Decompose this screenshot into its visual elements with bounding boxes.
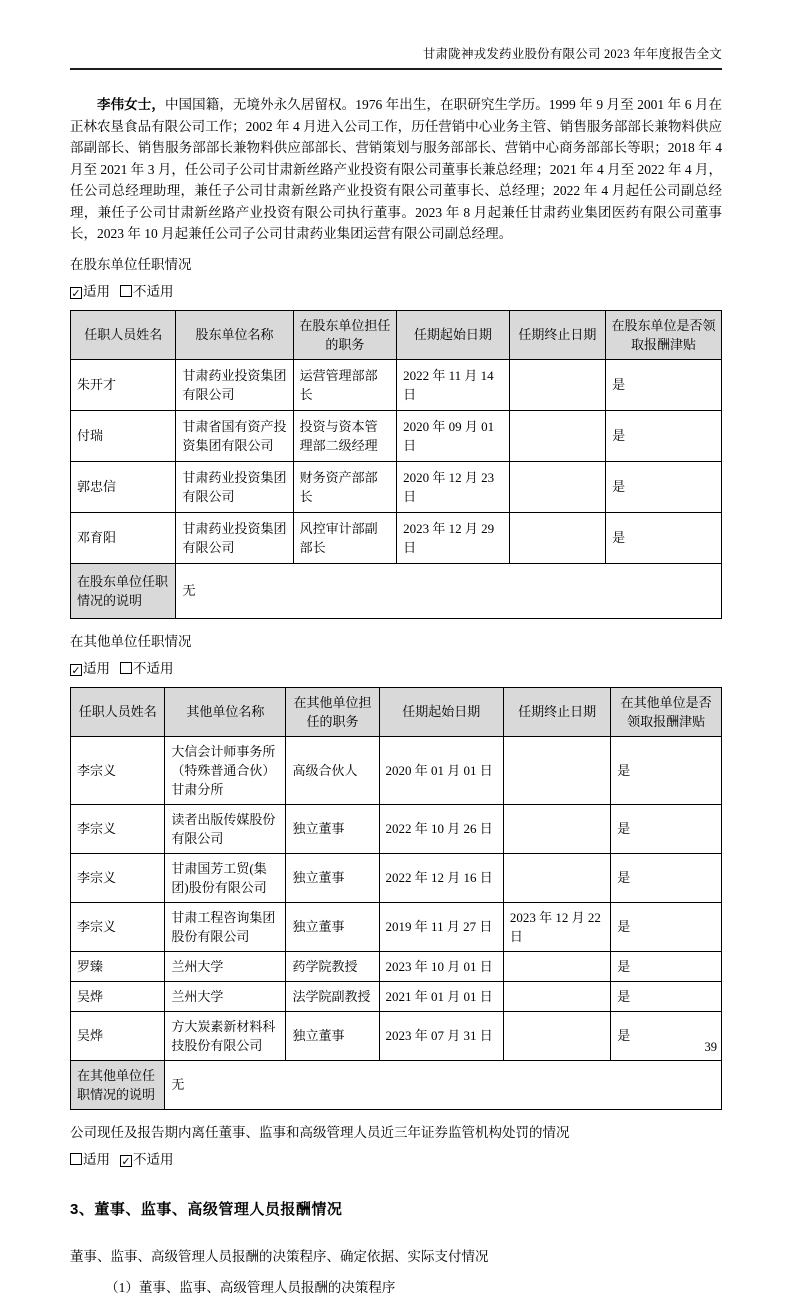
table-cell: 2022 年 10 月 26 日 xyxy=(379,804,503,853)
table-cell xyxy=(509,461,605,512)
table-cell: 方大炭素新材料科技股份有限公司 xyxy=(165,1011,286,1060)
table-cell xyxy=(503,804,610,853)
table-cell: 2023 年 10 月 01 日 xyxy=(379,951,503,981)
shareholder-section-title: 在股东单位任职情况 xyxy=(70,254,722,275)
table-cell: 付瑞 xyxy=(71,410,176,461)
table-cell: 甘肃药业投资集团有限公司 xyxy=(176,461,293,512)
other-section-title: 在其他单位任职情况 xyxy=(70,631,722,652)
table-cell: 独立董事 xyxy=(286,853,379,902)
table-cell: 是 xyxy=(611,804,722,853)
table-cell xyxy=(503,1011,610,1060)
table-cell: 2020 年 12 月 23 日 xyxy=(397,461,510,512)
table-cell xyxy=(503,951,610,981)
table-cell: 罗臻 xyxy=(71,951,165,981)
column-header: 股东单位名称 xyxy=(176,310,293,359)
remuneration-sub-item: （1）董事、监事、高级管理人员报酬的决策程序 xyxy=(70,1276,722,1296)
table-cell: 独立董事 xyxy=(286,902,379,951)
table-cell: 读者出版传媒股份有限公司 xyxy=(165,804,286,853)
table-cell: 财务资产部部长 xyxy=(293,461,397,512)
note-value: 无 xyxy=(165,1060,722,1109)
table-cell: 2023 年 12 月 29 日 xyxy=(397,512,510,563)
table-cell: 是 xyxy=(611,853,722,902)
table-cell: 吴烨 xyxy=(71,1011,165,1060)
table-cell: 运营管理部部长 xyxy=(293,359,397,410)
column-header: 其他单位名称 xyxy=(165,687,286,736)
table-cell: 2023 年 12 月 22 日 xyxy=(503,902,610,951)
table-cell: 2021 年 01 月 01 日 xyxy=(379,981,503,1011)
table-cell: 朱开才 xyxy=(71,359,176,410)
table-cell xyxy=(509,410,605,461)
column-header: 任期起始日期 xyxy=(397,310,510,359)
table-cell xyxy=(503,736,610,804)
other-positions-table: 任职人员姓名其他单位名称在其他单位担任的职务任期起始日期任期终止日期在其他单位是… xyxy=(70,687,722,1110)
table-cell: 2020 年 01 月 01 日 xyxy=(379,736,503,804)
note-row: 在股东单位任职情况的说明 无 xyxy=(71,563,722,618)
table-cell: 是 xyxy=(606,461,722,512)
table-cell xyxy=(503,853,610,902)
table-cell: 甘肃药业投资集团有限公司 xyxy=(176,359,293,410)
table-row: 付瑞甘肃省国有资产投资集团有限公司投资与资本管理部二级经理2020 年 09 月… xyxy=(71,410,722,461)
table-cell: 独立董事 xyxy=(286,804,379,853)
table-cell: 独立董事 xyxy=(286,1011,379,1060)
table-cell: 2023 年 07 月 31 日 xyxy=(379,1011,503,1060)
table-cell: 是 xyxy=(611,902,722,951)
checkbox-unchecked-icon xyxy=(70,1153,82,1165)
table-header-row: 任职人员姓名其他单位名称在其他单位担任的职务任期起始日期任期终止日期在其他单位是… xyxy=(71,687,722,736)
table-cell: 李宗义 xyxy=(71,853,165,902)
table-cell: 甘肃国芳工贸(集团)股份有限公司 xyxy=(165,853,286,902)
column-header: 在其他单位担任的职务 xyxy=(286,687,379,736)
table-cell: 高级合伙人 xyxy=(286,736,379,804)
table-cell: 2022 年 11 月 14 日 xyxy=(397,359,510,410)
table-cell: 李宗义 xyxy=(71,902,165,951)
report-page: 甘肃陇神戎发药业股份有限公司 2023 年年度报告全文 李伟女士，中国国籍，无境… xyxy=(0,0,793,1122)
table-row: 郭忠信甘肃药业投资集团有限公司财务资产部部长2020 年 12 月 23 日是 xyxy=(71,461,722,512)
table-cell: 李宗义 xyxy=(71,804,165,853)
table-row: 李宗义大信会计师事务所（特殊普通合伙）甘肃分所高级合伙人2020 年 01 月 … xyxy=(71,736,722,804)
person-name: 李伟女士， xyxy=(97,97,165,112)
table-cell: 2019 年 11 月 27 日 xyxy=(379,902,503,951)
checkbox-checked-icon: ✓ xyxy=(120,1155,132,1167)
header-rule xyxy=(70,68,722,70)
applicable-label: 适用 xyxy=(83,661,110,676)
table-cell: 吴烨 xyxy=(71,981,165,1011)
table-cell: 药学院教授 xyxy=(286,951,379,981)
table-header-row: 任职人员姓名股东单位名称在股东单位担任的职务任期起始日期任期终止日期在股东单位是… xyxy=(71,310,722,359)
page-number: 39 xyxy=(705,1040,718,1055)
checkbox-checked-icon: ✓ xyxy=(70,287,82,299)
checkbox-checked-icon: ✓ xyxy=(70,664,82,676)
table-cell: 邓育阳 xyxy=(71,512,176,563)
checkbox-unchecked-icon xyxy=(120,662,132,674)
bio-text: 中国国籍，无境外永久居留权。1976 年出生，在职研究生学历。1999 年 9 … xyxy=(70,97,722,241)
table-row: 邓育阳甘肃药业投资集团有限公司风控审计部副部长2023 年 12 月 29 日是 xyxy=(71,512,722,563)
table-cell: 是 xyxy=(611,736,722,804)
penalty-statement: 公司现任及报告期内离任董事、监事和高级管理人员近三年证券监管机构处罚的情况 xyxy=(70,1122,722,1143)
table-row: 吴烨方大炭素新材料科技股份有限公司独立董事2023 年 07 月 31 日是 xyxy=(71,1011,722,1060)
table-cell: 风控审计部副部长 xyxy=(293,512,397,563)
table-cell: 是 xyxy=(611,951,722,981)
shareholder-positions-table: 任职人员姓名股东单位名称在股东单位担任的职务任期起始日期任期终止日期在股东单位是… xyxy=(70,310,722,619)
table-cell: 是 xyxy=(606,512,722,563)
column-header: 任职人员姓名 xyxy=(71,310,176,359)
note-label: 在其他单位任职情况的说明 xyxy=(71,1060,165,1109)
table-cell: 甘肃省国有资产投资集团有限公司 xyxy=(176,410,293,461)
table-cell xyxy=(503,981,610,1011)
column-header: 在股东单位是否领取报酬津贴 xyxy=(606,310,722,359)
not-applicable-label: 不适用 xyxy=(133,661,174,676)
column-header: 在其他单位是否领取报酬津贴 xyxy=(611,687,722,736)
applicable-label: 适用 xyxy=(83,284,110,299)
column-header: 任职人员姓名 xyxy=(71,687,165,736)
penalty-applicability-row: 适用✓不适用 xyxy=(70,1149,722,1170)
column-header: 任期终止日期 xyxy=(509,310,605,359)
table-cell xyxy=(509,512,605,563)
document-header-title: 甘肃陇神戎发药业股份有限公司 2023 年年度报告全文 xyxy=(70,44,722,62)
table-cell: 法学院副教授 xyxy=(286,981,379,1011)
not-applicable-label: 不适用 xyxy=(133,284,174,299)
table-cell: 兰州大学 xyxy=(165,951,286,981)
table-row: 李宗义读者出版传媒股份有限公司独立董事2022 年 10 月 26 日是 xyxy=(71,804,722,853)
table-cell: 兰州大学 xyxy=(165,981,286,1011)
remuneration-intro: 董事、监事、高级管理人员报酬的决策程序、确定依据、实际支付情况 xyxy=(70,1245,722,1265)
note-row: 在其他单位任职情况的说明 无 xyxy=(71,1060,722,1109)
table-cell: 2022 年 12 月 16 日 xyxy=(379,853,503,902)
not-applicable-label: 不适用 xyxy=(133,1152,174,1167)
note-value: 无 xyxy=(176,563,722,618)
checkbox-unchecked-icon xyxy=(120,285,132,297)
table-cell: 是 xyxy=(611,981,722,1011)
table-cell: 投资与资本管理部二级经理 xyxy=(293,410,397,461)
table-cell: 甘肃药业投资集团有限公司 xyxy=(176,512,293,563)
table-row: 朱开才甘肃药业投资集团有限公司运营管理部部长2022 年 11 月 14 日是 xyxy=(71,359,722,410)
table-row: 李宗义甘肃工程咨询集团股份有限公司独立董事2019 年 11 月 27 日202… xyxy=(71,902,722,951)
shareholder-applicability-row: ✓适用不适用 xyxy=(70,281,722,302)
table-row: 罗臻兰州大学药学院教授2023 年 10 月 01 日是 xyxy=(71,951,722,981)
column-header: 在股东单位担任的职务 xyxy=(293,310,397,359)
table-row: 吴烨兰州大学法学院副教授2021 年 01 月 01 日是 xyxy=(71,981,722,1011)
remuneration-section-heading: 3、董事、监事、高级管理人员报酬情况 xyxy=(70,1198,722,1219)
note-label: 在股东单位任职情况的说明 xyxy=(71,563,176,618)
table-cell: 李宗义 xyxy=(71,736,165,804)
table-row: 李宗义甘肃国芳工贸(集团)股份有限公司独立董事2022 年 12 月 16 日是 xyxy=(71,853,722,902)
table-cell: 甘肃工程咨询集团股份有限公司 xyxy=(165,902,286,951)
table-cell: 是 xyxy=(606,410,722,461)
table-cell: 大信会计师事务所（特殊普通合伙）甘肃分所 xyxy=(165,736,286,804)
table-cell: 是 xyxy=(606,359,722,410)
applicable-label: 适用 xyxy=(83,1152,110,1167)
table-cell: 郭忠信 xyxy=(71,461,176,512)
bio-paragraph: 李伟女士，中国国籍，无境外永久居留权。1976 年出生，在职研究生学历。1999… xyxy=(70,94,722,245)
column-header: 任期终止日期 xyxy=(503,687,610,736)
table-cell: 2020 年 09 月 01 日 xyxy=(397,410,510,461)
table-cell xyxy=(509,359,605,410)
other-applicability-row: ✓适用不适用 xyxy=(70,658,722,679)
column-header: 任期起始日期 xyxy=(379,687,503,736)
